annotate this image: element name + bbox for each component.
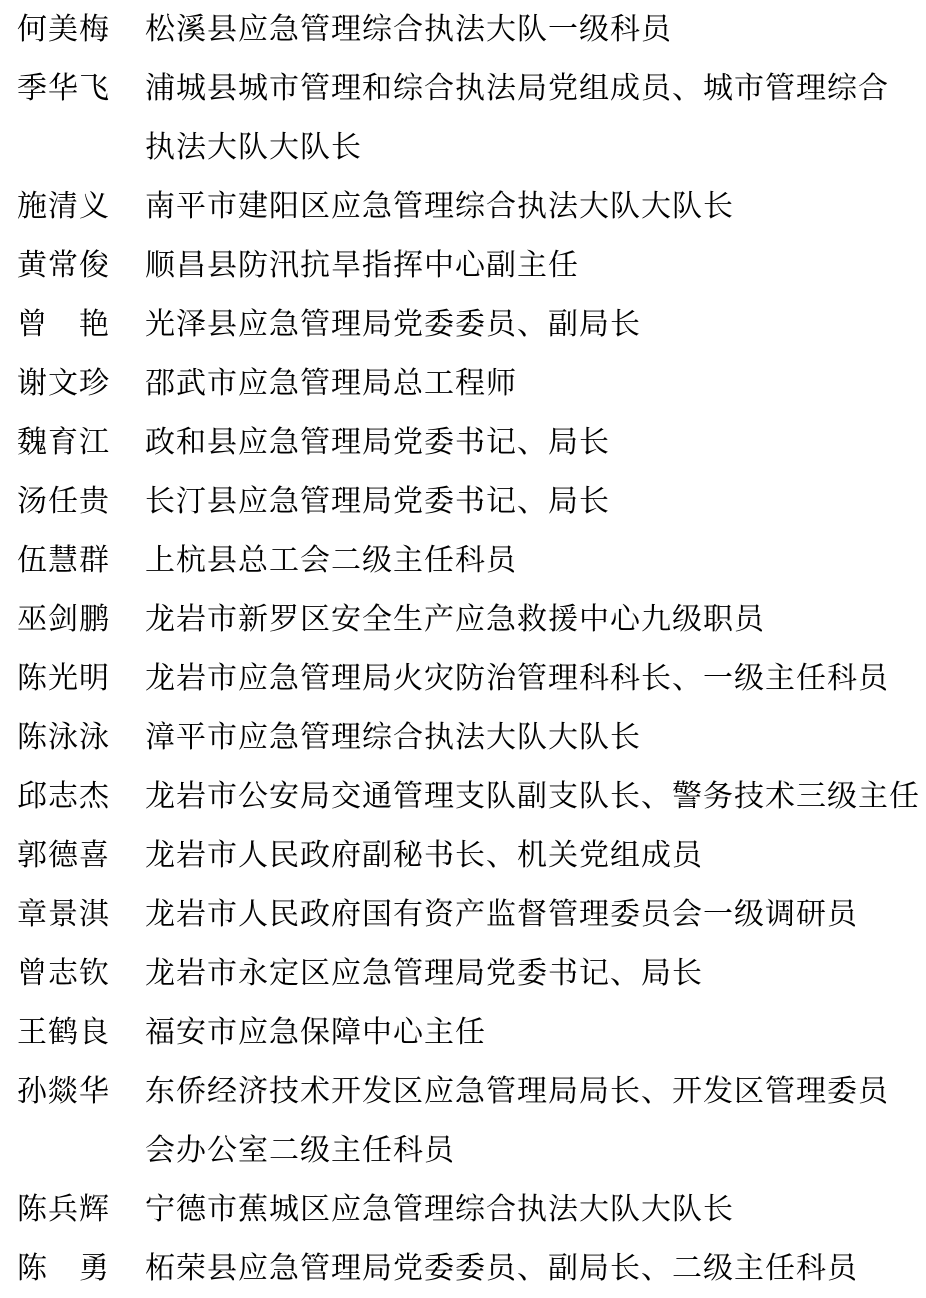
position-block: 龙岩市人民政府国有资产监督管理委员会一级调研员 — [145, 885, 926, 944]
list-entry: 何美梅 松溪县应急管理综合执法大队一级科员 — [17, 0, 926, 59]
list-entry: 曾 艳 光泽县应急管理局党委委员、副局长 — [17, 295, 926, 354]
position-title: 光泽县应急管理局党委委员、副局长 — [145, 295, 926, 354]
position-title-continued: 会办公室二级主任科员 — [145, 1121, 926, 1180]
position-title: 柘荣县应急管理局党委委员、副局长、二级主任科员 — [145, 1239, 926, 1298]
list-entry: 孙燚华 东侨经济技术开发区应急管理局局长、开发区管理委员 会办公室二级主任科员 — [17, 1062, 926, 1180]
person-name: 陈光明 — [17, 649, 113, 708]
position-title: 顺昌县防汛抗旱指挥中心副主任 — [145, 236, 926, 295]
list-entry: 王鹤良 福安市应急保障中心主任 — [17, 1003, 926, 1062]
position-title: 龙岩市新罗区安全生产应急救援中心九级职员 — [145, 590, 926, 649]
person-name: 陈 勇 — [17, 1239, 113, 1298]
position-block: 福安市应急保障中心主任 — [145, 1003, 926, 1062]
position-block: 龙岩市永定区应急管理局党委书记、局长 — [145, 944, 926, 1003]
position-block: 光泽县应急管理局党委委员、副局长 — [145, 295, 926, 354]
position-block: 龙岩市应急管理局火灾防治管理科科长、一级主任科员 — [145, 649, 926, 708]
position-block: 宁德市蕉城区应急管理综合执法大队大队长 — [145, 1180, 926, 1239]
position-title: 龙岩市人民政府副秘书长、机关党组成员 — [145, 826, 926, 885]
person-name: 季华飞 — [17, 59, 113, 118]
position-title: 福安市应急保障中心主任 — [145, 1003, 926, 1062]
position-block: 东侨经济技术开发区应急管理局局长、开发区管理委员 会办公室二级主任科员 — [145, 1062, 926, 1180]
position-title: 上杭县总工会二级主任科员 — [145, 531, 926, 590]
person-name: 魏育江 — [17, 413, 113, 472]
position-block: 长汀县应急管理局党委书记、局长 — [145, 472, 926, 531]
position-title: 松溪县应急管理综合执法大队一级科员 — [145, 0, 926, 59]
person-name: 郭德喜 — [17, 826, 113, 885]
position-block: 龙岩市新罗区安全生产应急救援中心九级职员 — [145, 590, 926, 649]
person-name: 孙燚华 — [17, 1062, 113, 1121]
position-block: 柘荣县应急管理局党委委员、副局长、二级主任科员 — [145, 1239, 926, 1298]
position-block: 松溪县应急管理综合执法大队一级科员 — [145, 0, 926, 59]
position-block: 上杭县总工会二级主任科员 — [145, 531, 926, 590]
position-block: 南平市建阳区应急管理综合执法大队大队长 — [145, 177, 926, 236]
person-name: 陈兵辉 — [17, 1180, 113, 1239]
position-title: 长汀县应急管理局党委书记、局长 — [145, 472, 926, 531]
list-entry: 黄常俊 顺昌县防汛抗旱指挥中心副主任 — [17, 236, 926, 295]
position-title-continued: 执法大队大队长 — [145, 118, 926, 177]
position-title: 龙岩市人民政府国有资产监督管理委员会一级调研员 — [145, 885, 926, 944]
person-name: 黄常俊 — [17, 236, 113, 295]
list-entry: 伍慧群 上杭县总工会二级主任科员 — [17, 531, 926, 590]
position-title: 龙岩市应急管理局火灾防治管理科科长、一级主任科员 — [145, 649, 926, 708]
position-block: 浦城县城市管理和综合执法局党组成员、城市管理综合 执法大队大队长 — [145, 59, 926, 177]
list-entry: 季华飞 浦城县城市管理和综合执法局党组成员、城市管理综合 执法大队大队长 — [17, 59, 926, 177]
position-block: 龙岩市人民政府副秘书长、机关党组成员 — [145, 826, 926, 885]
position-title: 漳平市应急管理综合执法大队大队长 — [145, 708, 926, 767]
person-name: 汤任贵 — [17, 472, 113, 531]
person-name: 曾志钦 — [17, 944, 113, 1003]
list-entry: 曾志钦 龙岩市永定区应急管理局党委书记、局长 — [17, 944, 926, 1003]
person-name: 巫剑鹏 — [17, 590, 113, 649]
list-entry: 陈泳泳 漳平市应急管理综合执法大队大队长 — [17, 708, 926, 767]
list-entry: 邱志杰 龙岩市公安局交通管理支队副支队长、警务技术三级主任 — [17, 767, 926, 826]
person-name: 陈泳泳 — [17, 708, 113, 767]
position-block: 漳平市应急管理综合执法大队大队长 — [145, 708, 926, 767]
list-entry: 章景淇 龙岩市人民政府国有资产监督管理委员会一级调研员 — [17, 885, 926, 944]
person-name: 王鹤良 — [17, 1003, 113, 1062]
position-title: 浦城县城市管理和综合执法局党组成员、城市管理综合 — [145, 59, 926, 118]
list-entry: 陈兵辉 宁德市蕉城区应急管理综合执法大队大队长 — [17, 1180, 926, 1239]
person-name: 伍慧群 — [17, 531, 113, 590]
list-entry: 陈 勇 柘荣县应急管理局党委委员、副局长、二级主任科员 — [17, 1239, 926, 1298]
position-title: 政和县应急管理局党委书记、局长 — [145, 413, 926, 472]
person-name: 曾 艳 — [17, 295, 113, 354]
list-entry: 陈光明 龙岩市应急管理局火灾防治管理科科长、一级主任科员 — [17, 649, 926, 708]
list-entry: 巫剑鹏 龙岩市新罗区安全生产应急救援中心九级职员 — [17, 590, 926, 649]
position-title: 东侨经济技术开发区应急管理局局长、开发区管理委员 — [145, 1062, 926, 1121]
position-block: 顺昌县防汛抗旱指挥中心副主任 — [145, 236, 926, 295]
list-entry: 施清义 南平市建阳区应急管理综合执法大队大队长 — [17, 177, 926, 236]
person-name: 何美梅 — [17, 0, 113, 59]
position-block: 龙岩市公安局交通管理支队副支队长、警务技术三级主任 — [145, 767, 926, 826]
person-name: 邱志杰 — [17, 767, 113, 826]
position-title: 龙岩市永定区应急管理局党委书记、局长 — [145, 944, 926, 1003]
position-title: 宁德市蕉城区应急管理综合执法大队大队长 — [145, 1180, 926, 1239]
position-title: 龙岩市公安局交通管理支队副支队长、警务技术三级主任 — [145, 767, 926, 826]
person-name: 章景淇 — [17, 885, 113, 944]
position-title: 邵武市应急管理局总工程师 — [145, 354, 926, 413]
position-title: 南平市建阳区应急管理综合执法大队大队长 — [145, 177, 926, 236]
list-entry: 魏育江 政和县应急管理局党委书记、局长 — [17, 413, 926, 472]
person-name: 谢文珍 — [17, 354, 113, 413]
list-entry: 郭德喜 龙岩市人民政府副秘书长、机关党组成员 — [17, 826, 926, 885]
position-block: 邵武市应急管理局总工程师 — [145, 354, 926, 413]
position-block: 政和县应急管理局党委书记、局长 — [145, 413, 926, 472]
list-entry: 谢文珍 邵武市应急管理局总工程师 — [17, 354, 926, 413]
list-entry: 汤任贵 长汀县应急管理局党委书记、局长 — [17, 472, 926, 531]
name-position-list-page: 何美梅 松溪县应急管理综合执法大队一级科员 季华飞 浦城县城市管理和综合执法局党… — [0, 0, 926, 1298]
person-name: 施清义 — [17, 177, 113, 236]
